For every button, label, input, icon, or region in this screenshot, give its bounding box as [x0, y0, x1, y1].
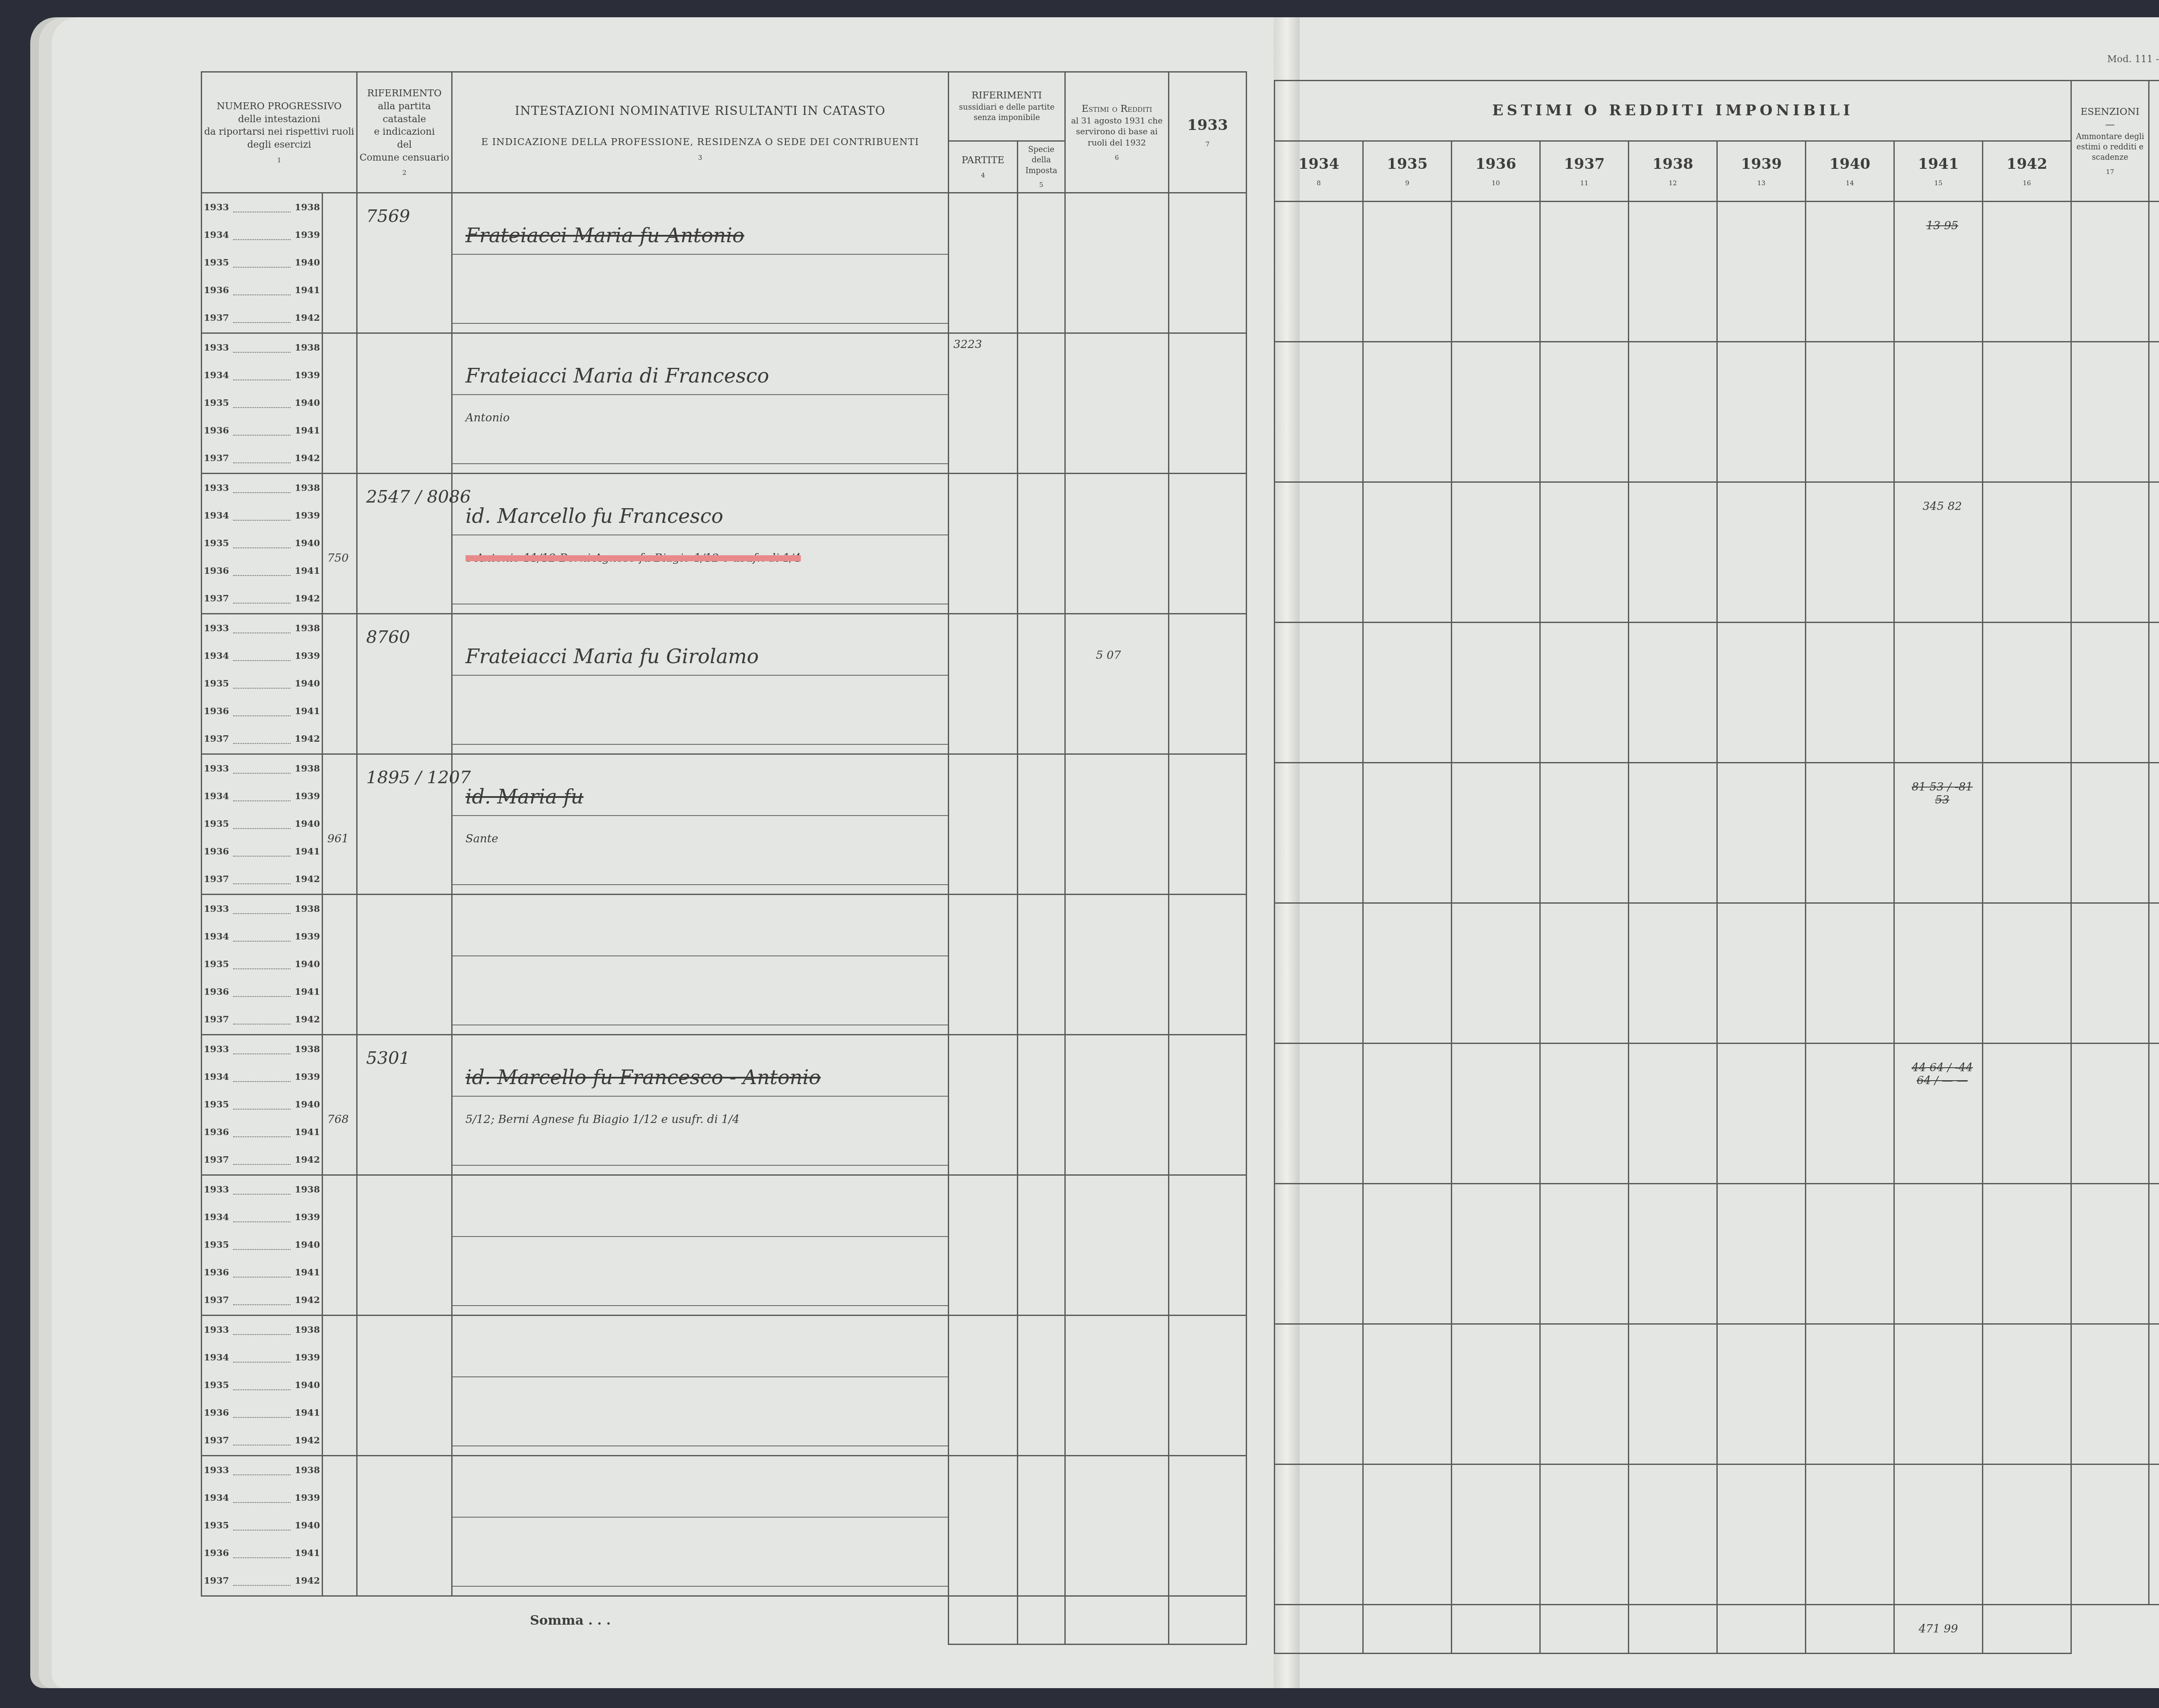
- year-label: 1936: [204, 1259, 229, 1286]
- riferimento-cell: [357, 333, 452, 474]
- header-annotazioni: ANNOTAZIONI 18: [2149, 81, 2159, 202]
- specie-cell: [1018, 1035, 1065, 1175]
- ledger-entry-row-right: [1275, 903, 2159, 1044]
- header-title: RIFERIMENTI: [949, 89, 1064, 102]
- specie-cell: [1018, 193, 1065, 333]
- partite-cell: [949, 895, 1018, 1035]
- header-year: 1937: [1541, 155, 1628, 174]
- year-1936-cell: [1452, 903, 1540, 1044]
- intestazione-cell: [452, 1175, 949, 1316]
- year-label: 1933: [204, 334, 229, 361]
- partite-cell: [949, 1175, 1018, 1316]
- side-note-cell: 961: [323, 754, 357, 895]
- header-intestazioni: INTESTAZIONI NOMINATIVE RISULTANTI IN CA…: [452, 72, 949, 193]
- riferimento-cell: 8760: [357, 614, 452, 754]
- header-line: degli esercizi: [202, 139, 356, 152]
- ledger-entry-row-right: [1275, 1184, 2159, 1324]
- riferimento-cell: [357, 1316, 452, 1456]
- year-label: 1934: [204, 502, 229, 529]
- side-note: 961: [327, 832, 349, 845]
- column-number: 8: [1275, 179, 1362, 187]
- header-riferimenti-sussidiari: RIFERIMENTI sussidiari e delle partite s…: [949, 72, 1065, 141]
- year-label: 1933: [204, 193, 229, 221]
- year-1933-cell: [1169, 474, 1247, 614]
- estimo-1932-cell: [1065, 1316, 1169, 1456]
- year-label: 1941: [295, 1539, 320, 1567]
- intestazione-continuation: e Antonio 11/12 Berni Agnese fu Biagio 1…: [465, 552, 801, 565]
- annotazioni-cell: [2149, 1184, 2159, 1324]
- year-1936-cell: [1452, 342, 1540, 482]
- header-year: 1940: [1806, 155, 1893, 174]
- year-1933-cell: [1169, 333, 1247, 474]
- year-1939-cell: [1717, 342, 1806, 482]
- column-number: 18: [2150, 170, 2159, 179]
- year-label: 1942: [295, 1146, 320, 1173]
- header-partite: PARTITE 4: [949, 141, 1018, 193]
- year-1933-cell: [1169, 1175, 1247, 1316]
- specie-cell: [1018, 1456, 1065, 1596]
- intestazione-cell: id. Marcello fu Francescoe Antonio 11/12…: [452, 474, 949, 614]
- year-label: 1937: [204, 1006, 229, 1033]
- year-1937-cell: [1540, 482, 1629, 623]
- year-1942-cell: [1983, 482, 2071, 623]
- year-1934-cell: [1275, 623, 1363, 763]
- year-label: 1939: [295, 502, 320, 529]
- year-pairs-cell: 1933193819341939193519401936194119371942: [202, 193, 323, 333]
- year-1940-cell: [1806, 1464, 1894, 1605]
- somma-label: Somma . . .: [202, 1596, 949, 1645]
- riferimento-cell: 2547 / 8086: [357, 474, 452, 614]
- year-1941-cell: [1894, 1184, 1983, 1324]
- ledger-entry-row: 1933193819341939193519401936194119371942: [202, 1316, 1247, 1456]
- column-number: 16: [1983, 179, 2070, 187]
- estimo-1932-cell: [1065, 474, 1169, 614]
- year-1934-cell: [1275, 1324, 1363, 1464]
- year-label: 1937: [204, 1567, 229, 1594]
- column-number: 5: [1018, 180, 1064, 189]
- header-line: alla partita catastale: [358, 100, 451, 126]
- header-title: Estimi o Redditi: [1066, 103, 1168, 116]
- intestazione-text: id. Marcello fu Francesco: [465, 504, 723, 528]
- year-label: 1942: [295, 1286, 320, 1314]
- year-label: 1935: [204, 389, 229, 417]
- somma-year-1942: [1983, 1605, 2071, 1654]
- somma-year-1941: 471 99: [1894, 1605, 1983, 1654]
- somma-cell: [1065, 1596, 1169, 1645]
- side-note-cell: [323, 1456, 357, 1596]
- year-label: 1942: [295, 1567, 320, 1594]
- year-1934-cell: [1275, 1464, 1363, 1605]
- header-line: Ammontare degli estimi o redditi e scade…: [2072, 132, 2148, 163]
- year-label: 1940: [295, 249, 320, 276]
- side-note-cell: [323, 1316, 357, 1456]
- year-1937-cell: [1540, 1044, 1629, 1184]
- year-label: 1935: [204, 1231, 229, 1259]
- header-year: 1938: [1629, 155, 1716, 174]
- header-title: ANNOTAZIONI: [2150, 103, 2159, 118]
- header-line: da riportarsi nei rispettivi ruoli: [202, 126, 356, 139]
- year-label: 1936: [204, 1118, 229, 1146]
- annotazioni-cell: [2149, 1464, 2159, 1605]
- year-label: 1934: [204, 1484, 229, 1512]
- partite-cell: [949, 754, 1018, 895]
- year-1934-cell: [1275, 763, 1363, 903]
- specie-cell: [1018, 895, 1065, 1035]
- specie-cell: [1018, 1316, 1065, 1456]
- ledger-entry-row-right: 81 53 / -81 53: [1275, 763, 2159, 903]
- year-1941-cell: [1894, 342, 1983, 482]
- year-label: 1936: [204, 276, 229, 304]
- year-1941-cell: [1894, 623, 1983, 763]
- year-1938-cell: [1629, 903, 1717, 1044]
- year-label: 1937: [204, 444, 229, 472]
- specie-cell: [1018, 333, 1065, 474]
- year-1941-cell: 44 64 / -44 64 / — —: [1894, 1044, 1983, 1184]
- year-1939-cell: [1717, 903, 1806, 1044]
- year-label: 1934: [204, 1063, 229, 1091]
- annotazioni-cell: [2149, 763, 2159, 903]
- year-label: 1941: [295, 697, 320, 725]
- partite-cell: [949, 193, 1018, 333]
- ledger-entry-row: 1933193819341939193519401936194119371942…: [202, 193, 1247, 333]
- intestazione-cell: Frateiacci Maria fu Girolamo: [452, 614, 949, 754]
- year-pairs-cell: 1933193819341939193519401936194119371942: [202, 333, 323, 474]
- ledger-entry-row-right: [1275, 342, 2159, 482]
- year-label: 1938: [295, 193, 320, 221]
- year-1934-cell: [1275, 1184, 1363, 1324]
- year-label: 1934: [204, 642, 229, 670]
- year-1933-cell: [1169, 754, 1247, 895]
- ledger-entry-row-right: [1275, 1324, 2159, 1464]
- year-label: 1937: [204, 725, 229, 753]
- header-year-1940: 194014: [1806, 141, 1894, 202]
- header-title: INTESTAZIONI NOMINATIVE RISULTANTI IN CA…: [453, 103, 948, 119]
- header-line: —: [2072, 119, 2148, 132]
- year-label: 1937: [204, 304, 229, 332]
- ledger-entry-row: 1933193819341939193519401936194119371942…: [202, 333, 1247, 474]
- intestazione-cell: [452, 1316, 949, 1456]
- year-label: 1940: [295, 389, 320, 417]
- value-1941: 44 64 / -44 64 / — —: [1903, 1061, 1981, 1087]
- intestazione-text: id. Maria fu: [465, 785, 583, 808]
- year-1933-cell: [1169, 895, 1247, 1035]
- annotazioni-cell: [2149, 342, 2159, 482]
- year-label: 1940: [295, 810, 320, 838]
- header-year-1933: 1933 7: [1169, 72, 1247, 193]
- partite-cell: [949, 614, 1018, 754]
- year-label: 1935: [204, 529, 229, 557]
- year-label: 1940: [295, 529, 320, 557]
- year-label: 1933: [204, 1035, 229, 1063]
- intestazione-cell: id. Maria fuSante: [452, 754, 949, 895]
- year-label: 1935: [204, 810, 229, 838]
- partite-cell: [949, 1035, 1018, 1175]
- annotazioni-cell: 1088: [2149, 1044, 2159, 1184]
- year-1942-cell: [1983, 202, 2071, 342]
- year-label: 1940: [295, 670, 320, 697]
- year-label: 1934: [204, 221, 229, 249]
- year-1941-cell: [1894, 1464, 1983, 1605]
- year-1940-cell: [1806, 482, 1894, 623]
- partite-cell: [949, 1456, 1018, 1596]
- year-1940-cell: [1806, 1184, 1894, 1324]
- year-1938-cell: [1629, 482, 1717, 623]
- somma-cell: [949, 1596, 1018, 1645]
- year-label: 1937: [204, 865, 229, 893]
- header-esenzioni: ESENZIONI — Ammontare degli estimi o red…: [2071, 81, 2149, 202]
- header-line: Comune censuario: [358, 152, 451, 164]
- somma-cell: [1018, 1596, 1065, 1645]
- year-label: 1942: [295, 304, 320, 332]
- intestazione-cell: [452, 895, 949, 1035]
- header-year-1934: 19348: [1275, 141, 1363, 202]
- header-specie: Specie della Imposta 5: [1018, 141, 1065, 193]
- somma-year-1936: [1452, 1605, 1540, 1654]
- header-title: NUMERO PROGRESSIVO: [202, 100, 356, 113]
- header-line: e indicazioni: [358, 126, 451, 139]
- year-1934-cell: [1275, 903, 1363, 1044]
- year-label: 1939: [295, 361, 320, 389]
- ledger-entry-row-right: [1275, 623, 2159, 763]
- riferimento-cell: 7569: [357, 193, 452, 333]
- year-1940-cell: [1806, 623, 1894, 763]
- year-pairs-cell: 1933193819341939193519401936194119371942: [202, 1316, 323, 1456]
- header-year-1942: 194216: [1983, 141, 2071, 202]
- year-1942-cell: [1983, 623, 2071, 763]
- partite-cell: [949, 474, 1018, 614]
- esenzioni-cell: [2071, 1044, 2149, 1184]
- year-1941-cell: [1894, 1324, 1983, 1464]
- year-1937-cell: [1540, 1324, 1629, 1464]
- year-1937-cell: [1540, 1184, 1629, 1324]
- year-1934-cell: [1275, 202, 1363, 342]
- somma-year-1935: [1363, 1605, 1452, 1654]
- side-note-cell: 768: [323, 1035, 357, 1175]
- header-subtitle: E INDICAZIONE DELLA PROFESSIONE, RESIDEN…: [453, 136, 948, 149]
- esenzioni-cell: [2071, 342, 2149, 482]
- year-1941-cell: 13 95: [1894, 202, 1983, 342]
- year-label: 1933: [204, 895, 229, 923]
- header-year-1936: 193610: [1452, 141, 1540, 202]
- riferimento-value: 8760: [366, 627, 410, 647]
- esenzioni-cell: [2071, 482, 2149, 623]
- year-label: 1937: [204, 1146, 229, 1173]
- year-1940-cell: [1806, 342, 1894, 482]
- year-1942-cell: [1983, 1464, 2071, 1605]
- year-label: 1934: [204, 923, 229, 950]
- riferimento-cell: [357, 1175, 452, 1316]
- year-label: 1939: [295, 642, 320, 670]
- year-1936-cell: [1452, 1324, 1540, 1464]
- year-1942-cell: [1983, 1184, 2071, 1324]
- year-1937-cell: [1540, 903, 1629, 1044]
- ledger-entry-row-right: 345 821087: [1275, 482, 2159, 623]
- year-label: 1936: [204, 557, 229, 585]
- year-label: 1936: [204, 838, 229, 865]
- estimo-1932-cell: [1065, 895, 1169, 1035]
- header-title: RIFERIMENTO: [358, 87, 451, 100]
- year-label: 1935: [204, 1371, 229, 1399]
- year-1936-cell: [1452, 1464, 1540, 1605]
- year-label: 1940: [295, 1231, 320, 1259]
- year-1935-cell: [1363, 763, 1452, 903]
- year-pairs-cell: 1933193819341939193519401936194119371942: [202, 754, 323, 895]
- estimo-1932-cell: [1065, 1456, 1169, 1596]
- ledger-entry-row: 1933193819341939193519401936194119371942…: [202, 754, 1247, 895]
- header-estimi-1932: Estimi o Redditi al 31 agosto 1931 che s…: [1065, 72, 1169, 193]
- header-year: 1936: [1452, 155, 1539, 174]
- year-1933-cell: [1169, 614, 1247, 754]
- year-label: 1938: [295, 1456, 320, 1484]
- year-1936-cell: [1452, 763, 1540, 903]
- column-number: 2: [358, 168, 451, 177]
- intestazione-text: Frateiacci Maria fu Girolamo: [465, 645, 759, 668]
- year-1939-cell: [1717, 1324, 1806, 1464]
- header-year-1938: 193812: [1629, 141, 1717, 202]
- year-1935-cell: [1363, 1184, 1452, 1324]
- year-label: 1939: [295, 1063, 320, 1091]
- year-label: 1941: [295, 1399, 320, 1426]
- year-1934-cell: [1275, 1044, 1363, 1184]
- esenzioni-cell: [2071, 903, 2149, 1044]
- specie-cell: [1018, 1175, 1065, 1316]
- value-1941: 81 53 / -81 53: [1903, 781, 1981, 807]
- specie-cell: [1018, 754, 1065, 895]
- year-1935-cell: [1363, 1044, 1452, 1184]
- annotazioni-cell: [2149, 1324, 2159, 1464]
- year-1936-cell: [1452, 482, 1540, 623]
- year-1939-cell: [1717, 482, 1806, 623]
- esenzioni-cell: [2071, 202, 2149, 342]
- year-1935-cell: [1363, 623, 1452, 763]
- year-1940-cell: [1806, 202, 1894, 342]
- year-1939-cell: [1717, 1464, 1806, 1605]
- year-1938-cell: [1629, 763, 1717, 903]
- estimo-1932-cell: [1065, 754, 1169, 895]
- year-1942-cell: [1983, 763, 2071, 903]
- year-1942-cell: [1983, 1044, 2071, 1184]
- year-1938-cell: [1629, 1464, 1717, 1605]
- year-1940-cell: [1806, 1324, 1894, 1464]
- year-label: 1936: [204, 417, 229, 444]
- somma-year-1940: [1806, 1605, 1894, 1654]
- column-number: 13: [1718, 179, 1805, 187]
- header-year: 1934: [1275, 155, 1362, 174]
- year-label: 1935: [204, 950, 229, 978]
- header-line: delle intestazioni: [202, 113, 356, 126]
- year-1938-cell: [1629, 342, 1717, 482]
- year-1942-cell: [1983, 903, 2071, 1044]
- year-label: 1939: [295, 1203, 320, 1231]
- year-label: 1935: [204, 249, 229, 276]
- header-year: 1942: [1983, 155, 2070, 174]
- ledger-entry-row-right: [1275, 1464, 2159, 1605]
- estimo-1932-cell: [1065, 333, 1169, 474]
- ledger-entry-row-right: 13 95: [1275, 202, 2159, 342]
- column-number: 1: [202, 156, 356, 164]
- esenzioni-cell: [2071, 1464, 2149, 1605]
- year-1939-cell: [1717, 763, 1806, 903]
- year-1940-cell: [1806, 763, 1894, 903]
- year-label: 1934: [204, 782, 229, 810]
- somma-year-1934: [1275, 1605, 1363, 1654]
- year-label: 1939: [295, 923, 320, 950]
- intestazione-cell: Frateiacci Maria di FrancescoAntonio: [452, 333, 949, 474]
- year-1933-cell: [1169, 193, 1247, 333]
- year-label: 1935: [204, 1512, 229, 1539]
- year-1940-cell: [1806, 1044, 1894, 1184]
- riferimento-value: 7569: [366, 206, 410, 226]
- year-label: 1936: [204, 697, 229, 725]
- year-label: 1941: [295, 417, 320, 444]
- year-1938-cell: [1629, 202, 1717, 342]
- riferimento-cell: 1895 / 1207: [357, 754, 452, 895]
- value-1941: 345 82: [1903, 500, 1981, 513]
- year-pairs-cell: 1933193819341939193519401936194119371942: [202, 1456, 323, 1596]
- year-label: 1935: [204, 670, 229, 697]
- year-label: 1940: [295, 1512, 320, 1539]
- year-label: 1941: [295, 276, 320, 304]
- year-label: 1941: [295, 978, 320, 1006]
- header-year-1937: 193711: [1540, 141, 1629, 202]
- year-label: 1942: [295, 585, 320, 612]
- year-1935-cell: [1363, 1324, 1452, 1464]
- year-label: 1941: [295, 557, 320, 585]
- year-1937-cell: [1540, 763, 1629, 903]
- year-label: 1939: [295, 221, 320, 249]
- year-label: 1942: [295, 1006, 320, 1033]
- year-1937-cell: [1540, 1464, 1629, 1605]
- year-1933-cell: [1169, 1456, 1247, 1596]
- header-line: del: [358, 139, 451, 152]
- specie-cell: [1018, 474, 1065, 614]
- year-label: 1933: [204, 1456, 229, 1484]
- year-label: 1938: [295, 334, 320, 361]
- year-label: 1941: [295, 1118, 320, 1146]
- year-label: 1934: [204, 361, 229, 389]
- year-label: 1942: [295, 1426, 320, 1454]
- intestazione-cell: [452, 1456, 949, 1596]
- year-pairs-cell: 1933193819341939193519401936194119371942: [202, 474, 323, 614]
- year-1934-cell: [1275, 482, 1363, 623]
- somma-year-1937: [1540, 1605, 1629, 1654]
- esenzioni-cell: [2071, 1184, 2149, 1324]
- specie-cell: [1018, 614, 1065, 754]
- year-label: 1941: [295, 838, 320, 865]
- year-label: 1938: [295, 1316, 320, 1344]
- year-1935-cell: [1363, 342, 1452, 482]
- year-label: 1933: [204, 474, 229, 502]
- header-line: sussidiari e delle partite senza imponib…: [949, 102, 1064, 123]
- estimo-1932-cell: 5 07: [1065, 614, 1169, 754]
- year-label: 1934: [204, 1344, 229, 1371]
- year-label: 1939: [295, 1484, 320, 1512]
- header-title: PARTITE: [949, 154, 1017, 167]
- side-note: 768: [327, 1113, 349, 1126]
- year-1941-cell: [1894, 903, 1983, 1044]
- header-line: al 31 agosto 1931 che servirono di base …: [1066, 116, 1168, 149]
- annotazioni-cell: [2149, 623, 2159, 763]
- header-year-1941: 194115: [1894, 141, 1983, 202]
- year-label: 1938: [295, 755, 320, 782]
- estimo-1932-cell: [1065, 193, 1169, 333]
- ledger-entry-row-right: 44 64 / -44 64 / — —1088: [1275, 1044, 2159, 1184]
- header-riferimento: RIFERIMENTO alla partita catastale e ind…: [357, 72, 452, 193]
- side-note-cell: [323, 193, 357, 333]
- column-number: 14: [1806, 179, 1893, 187]
- year-label: 1933: [204, 1316, 229, 1344]
- somma-cell: [1169, 1596, 1247, 1645]
